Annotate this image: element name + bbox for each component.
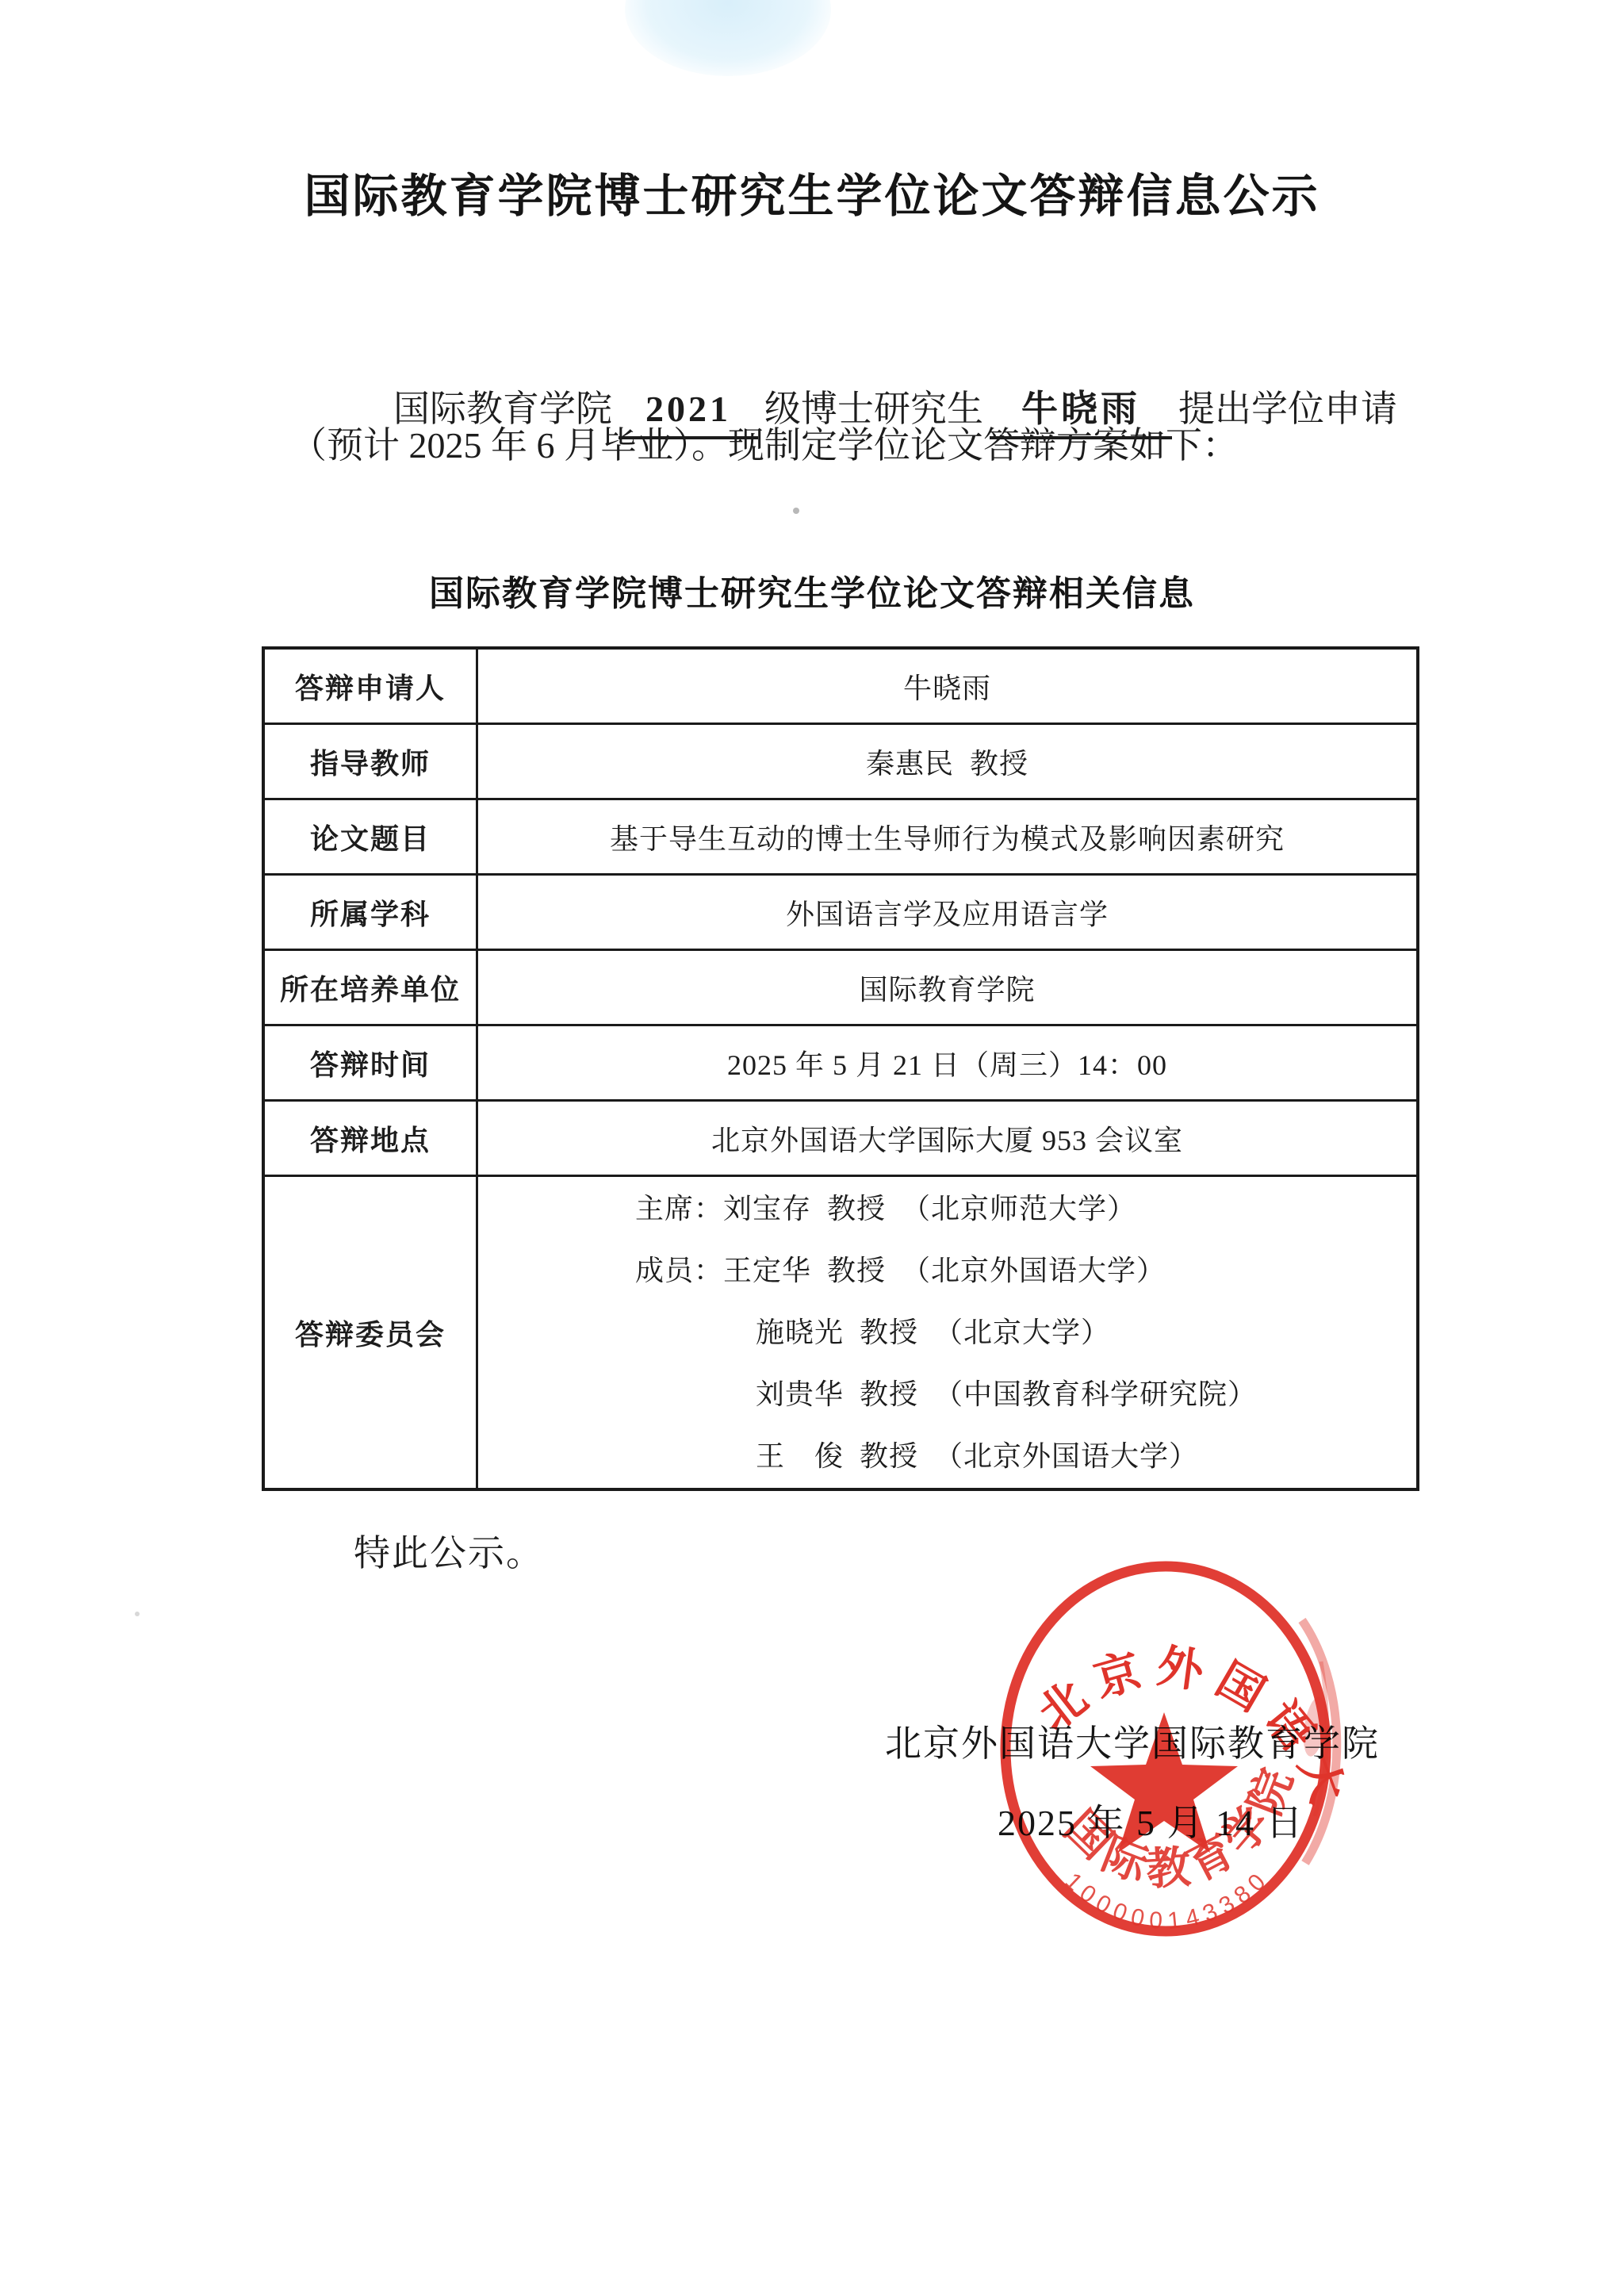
row-label: 指导教师: [265, 725, 478, 798]
row-value: 外国语言学及应用语言学: [478, 876, 1416, 949]
row-value: 国际教育学院: [478, 951, 1416, 1024]
row-label: 答辩地点: [265, 1102, 478, 1175]
row-value: 基于导生互动的博士生导师行为模式及影响因素研究: [478, 800, 1416, 873]
row-label: 答辩时间: [265, 1026, 478, 1099]
row-value: 牛晓雨: [478, 650, 1416, 723]
committee-chair-line: 主席：刘宝存 教授 （北京师范大学）: [635, 1178, 1416, 1240]
table-row-defense-time: 答辩时间 2025 年 5 月 21 日（周三）14：00: [265, 1024, 1416, 1099]
table-row-thesis-title: 论文题目 基于导生互动的博士生导师行为模式及影响因素研究: [265, 798, 1416, 873]
official-seal: 北京外国语大学 国际教育学院 100000143380: [944, 1527, 1388, 1971]
committee-member-line: 王 俊 教授 （北京外国语大学）: [635, 1425, 1416, 1487]
committee-lines: 主席：刘宝存 教授 （北京师范大学） 成员：王定华 教授 （北京外国语大学） 施…: [478, 1177, 1416, 1488]
table-row-committee: 答辩委员会 主席：刘宝存 教授 （北京师范大学） 成员：王定华 教授 （北京外国…: [265, 1175, 1416, 1488]
table-row-supervisor: 指导教师 秦惠民 教授: [265, 723, 1416, 798]
table-row-training-unit: 所在培养单位 国际教育学院: [265, 949, 1416, 1024]
committee-member-line: 刘贵华 教授 （中国教育科学研究院）: [635, 1363, 1416, 1425]
committee-member-line: 施晓光 教授 （北京大学）: [635, 1301, 1416, 1363]
table-row-defense-venue: 答辩地点 北京外国语大学国际大厦 953 会议室: [265, 1099, 1416, 1175]
defense-info-table: 答辩申请人 牛晓雨 指导教师 秦惠民 教授 论文题目 基于导生互动的博士生导师行…: [262, 646, 1419, 1491]
table-row-applicant: 答辩申请人 牛晓雨: [265, 650, 1416, 723]
row-label: 论文题目: [265, 800, 478, 873]
row-value: 2025 年 5 月 21 日（周三）14：00: [478, 1026, 1416, 1099]
committee-member-line: 成员：王定华 教授 （北京外国语大学）: [635, 1240, 1416, 1301]
table-row-discipline: 所属学科 外国语言学及应用语言学: [265, 873, 1416, 949]
table-title: 国际教育学院博士研究生学位论文答辩相关信息: [0, 565, 1624, 615]
ink-speck: [135, 1612, 140, 1616]
document-page: 国际教育学院博士研究生学位论文答辩信息公示 国际教育学院2021级博士研究生牛晓…: [0, 0, 1624, 2273]
scanner-light-blob: [625, 0, 831, 76]
closing-note: 特此公示。: [354, 1524, 544, 1577]
row-label: 所在培养单位: [265, 951, 478, 1024]
row-label: 所属学科: [265, 876, 478, 949]
row-value: 秦惠民 教授: [478, 725, 1416, 798]
ink-speck: [793, 508, 799, 514]
row-label: 答辩委员会: [265, 1177, 478, 1488]
intro-line-2: （预计 2025 年 6 月毕业）。现制定学位论文答辩方案如下：: [290, 420, 1239, 471]
row-label: 答辩申请人: [265, 650, 478, 723]
row-value: 北京外国语大学国际大厦 953 会议室: [478, 1102, 1416, 1175]
document-title: 国际教育学院博士研究生学位论文答辩信息公示: [0, 159, 1624, 225]
